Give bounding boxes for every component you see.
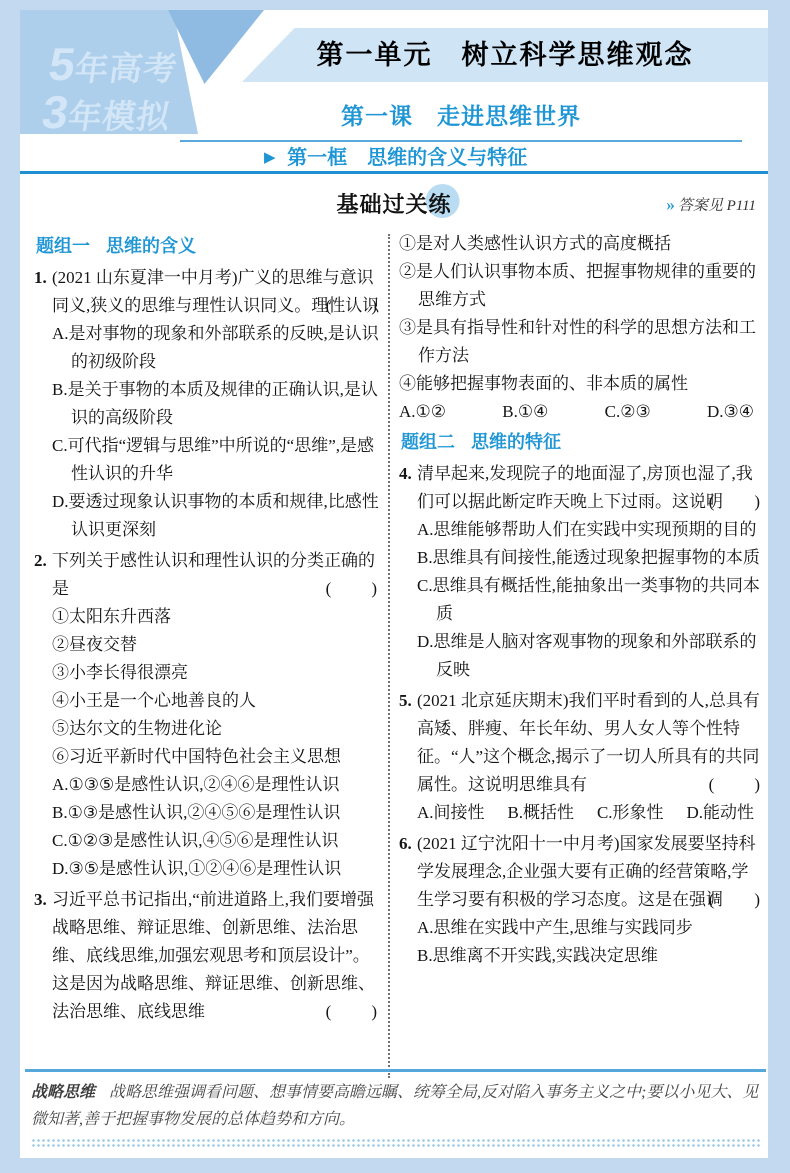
question-1-number: 1. — [34, 264, 47, 292]
page-content: 5年高考 3年模拟 第一单元 树立科学思维观念 第一课 走进思维世界 ▶ 第一框… — [20, 10, 768, 1158]
question-4-stem: 清早起来,发现院子的地面湿了,房顶也湿了,我们可以据此断定昨天晚上下过雨。这说明… — [417, 460, 764, 516]
question-3-item-3: ③是具有指导性和针对性的科学的思想方法和工作方法 — [399, 314, 764, 370]
concept-note-box: 战略思维战略思维强调看问题、想事情要高瞻远瞩、统筹全局,反对陷入事务主义之中;要… — [25, 1069, 766, 1148]
answer-reference: »答案见 P111 — [666, 194, 756, 215]
question-2-option-d: D.③⑤是感性认识,①②④⑥是理性认识 — [52, 855, 381, 883]
question-1: 1. (2021 山东夏津一中月考)广义的思维与意识同义,狭义的思维与理性认识同… — [34, 264, 381, 544]
concept-note: 战略思维战略思维强调看问题、想事情要高瞻远瞩、统筹全局,反对陷入事务主义之中;要… — [31, 1079, 762, 1133]
question-5-option-b: B.概括性 — [507, 799, 574, 827]
question-1-option-a: A.是对事物的现象和外部联系的反映,是认识的初级阶段 — [52, 320, 381, 376]
lesson-title: 第一课 走进思维世界 — [341, 103, 581, 129]
question-4-option-b: B.思维具有间接性,能透过现象把握事物的本质 — [417, 544, 764, 572]
question-3-item-4: ④能够把握事物表面的、非本质的属性 — [399, 370, 764, 398]
brand-line1: 5年高考 — [46, 40, 181, 88]
concept-note-text: 战略思维强调看问题、想事情要高瞻远瞩、统筹全局,反对陷入事务主义之中;要以小见大… — [31, 1084, 758, 1128]
question-6-stem-text: (2021 辽宁沈阳十一中月考)国家发展要坚持科学发展理念,企业强大要有正确的经… — [417, 834, 756, 909]
question-2-item-2: ②昼夜交替 — [52, 631, 381, 659]
unit-banner: 第一单元 树立科学思维观念 — [242, 28, 768, 82]
question-3-stem: 习近平总书记指出,“前进道路上,我们要增强战略思维、辩证思维、创新思维、法治思维… — [52, 886, 381, 1026]
group2-label: 题组二 — [401, 432, 455, 452]
question-3-options-row: A.①② B.①④ C.②③ D.③④ — [399, 398, 764, 426]
group2-title: 思维的特征 — [471, 432, 561, 452]
question-4-option-a: A.思维能够帮助人们在实践中实现预期的目的 — [417, 516, 764, 544]
question-3-item-2: ②是人们认识事物本质、把握事物规律的重要的思维方式 — [399, 258, 764, 314]
question-2-option-a: A.①③⑤是感性认识,②④⑥是理性认识 — [52, 771, 381, 799]
concept-note-label: 战略思维 — [31, 1084, 95, 1101]
question-2-item-5: ⑤达尔文的生物进化论 — [52, 715, 381, 743]
question-2: 2. 下列关于感性认识和理性认识的分类正确的是 ( ) ①太阳东升西落 ②昼夜交… — [34, 547, 381, 883]
right-column: ①是对人类感性认识方式的高度概括 ②是人们认识事物本质、把握事物规律的重要的思维… — [399, 230, 764, 1078]
question-4: 4. 清早起来,发现院子的地面湿了,房顶也湿了,我们可以据此断定昨天晚上下过雨。… — [399, 460, 764, 684]
question-6-stem: (2021 辽宁沈阳十一中月考)国家发展要坚持科学发展理念,企业强大要有正确的经… — [417, 830, 764, 914]
header-divider — [20, 171, 768, 174]
question-3-option-d: D.③④ — [707, 398, 754, 426]
question-5-option-d: D.能动性 — [686, 799, 754, 827]
question-6-answer-bracket: ( ) — [709, 886, 762, 914]
dotted-divider — [31, 1138, 762, 1148]
question-3-item-1: ①是对人类感性认识方式的高度概括 — [399, 230, 764, 258]
group1-label: 题组一 — [36, 236, 90, 256]
answer-reference-label: 答案见 P111 — [678, 198, 756, 214]
section-row: 基础过关练 »答案见 P111 — [20, 186, 768, 226]
question-1-option-c: C.可代指“逻辑与思维”中所说的“思维”,是感性认识的升华 — [52, 432, 381, 488]
question-4-stem-text: 清早起来,发现院子的地面湿了,房顶也湿了,我们可以据此断定昨天晚上下过雨。这说明 — [417, 464, 753, 511]
left-column: 题组一思维的含义 1. (2021 山东夏津一中月考)广义的思维与意识同义,狭义… — [34, 230, 381, 1078]
answer-arrow-icon: » — [666, 195, 675, 214]
question-2-item-1: ①太阳东升西落 — [52, 603, 381, 631]
brand-logo: 5年高考 3年模拟 — [39, 40, 181, 137]
question-5-number: 5. — [399, 687, 412, 715]
section-title: 基础过关练 — [336, 188, 451, 219]
question-2-number: 2. — [34, 547, 47, 575]
question-5-stem: (2021 北京延庆期末)我们平时看到的人,总具有高矮、胖瘦、年长年幼、男人女人… — [417, 687, 764, 799]
question-6-number: 6. — [399, 830, 412, 858]
question-2-answer-bracket: ( ) — [326, 575, 379, 603]
question-1-stem: (2021 山东夏津一中月考)广义的思维与意识同义,狭义的思维与理性认识同义。理… — [52, 264, 381, 320]
brand-line2: 3年模拟 — [39, 88, 174, 136]
lesson-row: 第一课 走进思维世界 — [180, 98, 742, 142]
frame-row: ▶ 第一框 思维的含义与特征 — [264, 141, 527, 170]
question-4-option-d: D.思维是人脑对客观事物的现象和外部联系的反映 — [417, 628, 764, 684]
frame-title: 第一框 思维的含义与特征 — [287, 147, 527, 169]
question-3-answer-bracket: ( ) — [326, 998, 379, 1026]
question-4-option-c: C.思维具有概括性,能抽象出一类事物的共同本质 — [417, 572, 764, 628]
question-2-option-b: B.①③是感性认识,②④⑤⑥是理性认识 — [52, 799, 381, 827]
question-2-option-c: C.①②③是感性认识,④⑤⑥是理性认识 — [52, 827, 381, 855]
question-2-item-6: ⑥习近平新时代中国特色社会主义思想 — [52, 743, 381, 771]
triangle-marker-icon: ▶ — [264, 149, 276, 166]
question-6-option-b: B.思维离不开实践,实践决定思维 — [417, 942, 764, 970]
question-2-item-4: ④小王是一个心地善良的人 — [52, 687, 381, 715]
question-3-number: 3. — [34, 886, 47, 914]
question-1-option-b: B.是关于事物的本质及规律的正确认识,是认识的高级阶段 — [52, 376, 381, 432]
question-3-option-b: B.①④ — [502, 398, 548, 426]
question-5-option-c: C.形象性 — [597, 799, 664, 827]
unit-title: 第一单元 树立科学思维观念 — [317, 40, 694, 70]
question-3-option-c: C.②③ — [605, 398, 651, 426]
workbook-page: 5年高考 3年模拟 第一单元 树立科学思维观念 第一课 走进思维世界 ▶ 第一框… — [0, 0, 790, 1173]
question-5-option-a: A.间接性 — [417, 799, 485, 827]
question-3: 3. 习近平总书记指出,“前进道路上,我们要增强战略思维、辩证思维、创新思维、法… — [34, 886, 381, 1026]
question-3-option-a: A.①② — [399, 398, 446, 426]
question-6-option-a: A.思维在实践中产生,思维与实践同步 — [417, 914, 764, 942]
question-4-answer-bracket: ( ) — [709, 488, 762, 516]
question-1-option-d: D.要透过现象认识事物的本质和规律,比感性认识更深刻 — [52, 488, 381, 544]
column-divider — [388, 234, 390, 1078]
question-1-answer-bracket: ( ) — [326, 292, 379, 320]
exercise-columns: 题组一思维的含义 1. (2021 山东夏津一中月考)广义的思维与意识同义,狭义… — [34, 230, 764, 1078]
question-5-options-row: A.间接性 B.概括性 C.形象性 D.能动性 — [417, 799, 764, 827]
question-4-number: 4. — [399, 460, 412, 488]
question-2-stem: 下列关于感性认识和理性认识的分类正确的是 ( ) — [52, 547, 381, 603]
question-5: 5. (2021 北京延庆期末)我们平时看到的人,总具有高矮、胖瘦、年长年幼、男… — [399, 687, 764, 827]
group1-heading: 题组一思维的含义 — [36, 232, 381, 260]
group1-title: 思维的含义 — [106, 236, 196, 256]
question-6: 6. (2021 辽宁沈阳十一中月考)国家发展要坚持科学发展理念,企业强大要有正… — [399, 830, 764, 970]
group2-heading: 题组二思维的特征 — [401, 428, 764, 456]
question-2-item-3: ③小李长得很漂亮 — [52, 659, 381, 687]
question-5-answer-bracket: ( ) — [709, 771, 762, 799]
